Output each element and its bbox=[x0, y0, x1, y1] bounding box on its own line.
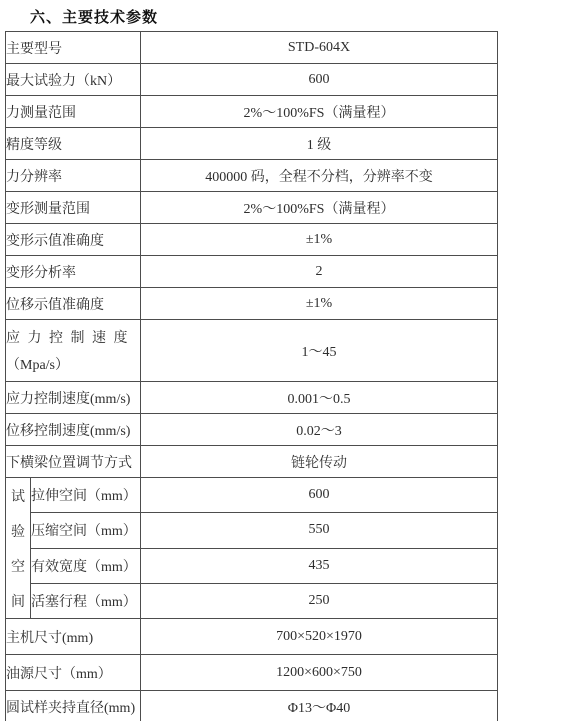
table-row: 位移控制速度(mm/s) 0.02～3 bbox=[6, 414, 498, 446]
param-label-line2: （Mpa/s） bbox=[6, 354, 140, 374]
table-row: 最大试验力（kN） 600 bbox=[6, 64, 498, 96]
param-label: 变形分析率 bbox=[6, 256, 141, 288]
param-label: 精度等级 bbox=[6, 128, 141, 160]
table-row: 力测量范围 2%～100%FS（满量程） bbox=[6, 96, 498, 128]
table-row: 试 验 空 间 拉伸空间（mm） 600 bbox=[6, 478, 498, 513]
param-value: 1～45 bbox=[141, 320, 498, 382]
param-label: 拉伸空间（mm） bbox=[31, 478, 141, 513]
param-label-line1: 应 力 控 制 速 度 bbox=[6, 327, 140, 347]
table-row: 力分辨率 400000 码，全程不分档，分辨率不变 bbox=[6, 160, 498, 192]
param-label: 活塞行程（mm） bbox=[31, 583, 141, 618]
param-value: 600 bbox=[141, 64, 498, 96]
table-row: 位移示值准确度 ±1% bbox=[6, 288, 498, 320]
test-space-char: 间 bbox=[11, 591, 25, 611]
param-label: 位移控制速度(mm/s) bbox=[6, 414, 141, 446]
test-space-char: 空 bbox=[11, 556, 25, 576]
table-row: 圆试样夹持直径(mm) Φ13～Φ40 bbox=[6, 691, 498, 721]
param-value: 250 bbox=[141, 583, 498, 618]
test-space-merged-cell: 试 验 空 间 bbox=[6, 478, 31, 619]
table-row: 压缩空间（mm） 550 bbox=[6, 513, 498, 548]
param-value: 0.02～3 bbox=[141, 414, 498, 446]
param-value: 550 bbox=[141, 513, 498, 548]
param-label: 下横梁位置调节方式 bbox=[6, 446, 141, 478]
table-row: 下横梁位置调节方式 链轮传动 bbox=[6, 446, 498, 478]
param-value: 0.001～0.5 bbox=[141, 382, 498, 414]
param-value: 600 bbox=[141, 478, 498, 513]
param-value: 1200×600×750 bbox=[141, 655, 498, 691]
param-label: 力分辨率 bbox=[6, 160, 141, 192]
table-row: 应 力 控 制 速 度 （Mpa/s） 1～45 bbox=[6, 320, 498, 382]
param-value: 2%～100%FS（满量程） bbox=[141, 192, 498, 224]
test-space-char: 验 bbox=[11, 521, 25, 541]
param-value: Φ13～Φ40 bbox=[141, 691, 498, 721]
param-value: ±1% bbox=[141, 224, 498, 256]
param-label: 位移示值准确度 bbox=[6, 288, 141, 320]
param-label: 压缩空间（mm） bbox=[31, 513, 141, 548]
param-value: 435 bbox=[141, 548, 498, 583]
page-title: 六、主要技术参数 bbox=[30, 6, 158, 27]
param-label: 圆试样夹持直径(mm) bbox=[6, 691, 141, 721]
param-value: 链轮传动 bbox=[141, 446, 498, 478]
table-row: 主机尺寸(mm) 700×520×1970 bbox=[6, 619, 498, 655]
test-space-char: 试 bbox=[11, 486, 25, 506]
table-row: 变形分析率 2 bbox=[6, 256, 498, 288]
table-row: 活塞行程（mm） 250 bbox=[6, 583, 498, 618]
param-label: 主要型号 bbox=[6, 32, 141, 64]
param-value: 700×520×1970 bbox=[141, 619, 498, 655]
table-row: 精度等级 1 级 bbox=[6, 128, 498, 160]
table-row: 油源尺寸（mm） 1200×600×750 bbox=[6, 655, 498, 691]
param-label: 有效宽度（mm） bbox=[31, 548, 141, 583]
param-value: STD-604X bbox=[141, 32, 498, 64]
param-label: 变形测量范围 bbox=[6, 192, 141, 224]
param-label: 油源尺寸（mm） bbox=[6, 655, 141, 691]
table-row: 有效宽度（mm） 435 bbox=[6, 548, 498, 583]
param-value: 2 bbox=[141, 256, 498, 288]
table-row: 变形测量范围 2%～100%FS（满量程） bbox=[6, 192, 498, 224]
spec-table: 主要型号 STD-604X 最大试验力（kN） 600 力测量范围 2%～100… bbox=[5, 31, 498, 721]
param-label: 应力控制速度(mm/s) bbox=[6, 382, 141, 414]
param-label: 主机尺寸(mm) bbox=[6, 619, 141, 655]
param-value: ±1% bbox=[141, 288, 498, 320]
table-row: 变形示值准确度 ±1% bbox=[6, 224, 498, 256]
param-label: 变形示值准确度 bbox=[6, 224, 141, 256]
document-page: 六、主要技术参数 主要型号 STD-604X 最大试验力（kN） 600 力测量… bbox=[0, 0, 564, 721]
param-label: 力测量范围 bbox=[6, 96, 141, 128]
param-value: 2%～100%FS（满量程） bbox=[141, 96, 498, 128]
table-row: 主要型号 STD-604X bbox=[6, 32, 498, 64]
param-value: 400000 码，全程不分档，分辨率不变 bbox=[141, 160, 498, 192]
param-label: 最大试验力（kN） bbox=[6, 64, 141, 96]
param-value: 1 级 bbox=[141, 128, 498, 160]
table-row: 应力控制速度(mm/s) 0.001～0.5 bbox=[6, 382, 498, 414]
param-label: 应 力 控 制 速 度 （Mpa/s） bbox=[6, 320, 141, 382]
